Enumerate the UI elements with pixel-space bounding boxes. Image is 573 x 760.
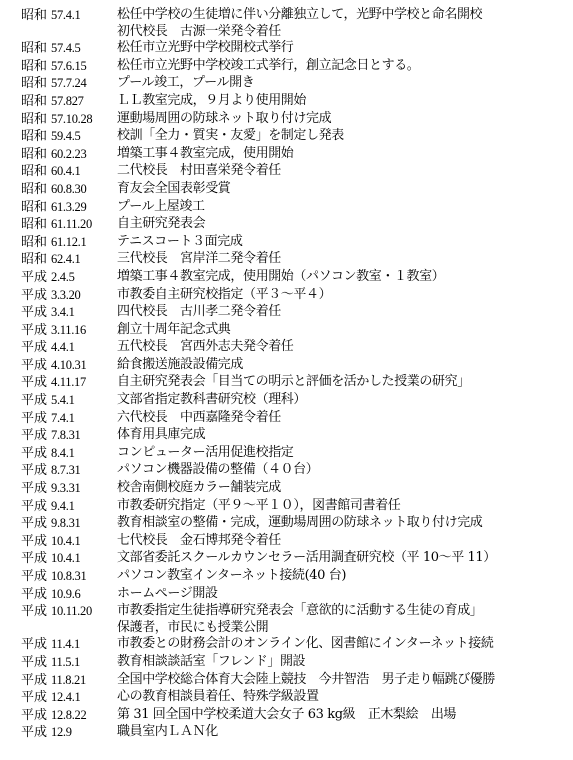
description-line: ＬＬ教室完成，９月より使用開始 <box>117 93 571 110</box>
date-value: 62.4.1 <box>51 252 80 266</box>
era-label: 昭和 <box>21 94 47 109</box>
entry-date: 昭和57.4.5 <box>21 40 117 58</box>
entry-date: 平成3.4.1 <box>21 304 117 322</box>
history-entry: 昭和60.4.1二代校長 村田喜栄発令着任 <box>21 163 571 181</box>
history-entry: 平成10.11.20市教委指定生徒指導研究発表会「意欲的に活動する生徒の育成」保… <box>21 603 571 636</box>
date-value: 4.10.31 <box>51 358 86 372</box>
date-value: 57.6.15 <box>51 59 86 73</box>
date-value: 57.4.5 <box>51 41 80 55</box>
history-entry: 平成10.8.31パソコン教室インターネット接続(40 台) <box>21 568 571 586</box>
entry-description: 自主研究発表会 <box>117 216 571 234</box>
entry-description: 四代校長 古川孝二発令着任 <box>117 304 571 322</box>
entry-description: パソコン教室インターネット接続(40 台) <box>117 568 571 586</box>
date-value: 8.4.1 <box>51 446 75 460</box>
history-entry: 平成9.8.31教育相談室の整備・完成，運動場周囲の防球ネット取り付け完成 <box>21 515 571 533</box>
date-value: 10.4.1 <box>51 551 80 565</box>
description-line: 体育用具庫完成 <box>117 427 571 444</box>
date-value: 57.827 <box>51 94 84 108</box>
description-line: 市教委研究指定（平９～平１０），図書館司書着任 <box>117 498 571 515</box>
description-line: 育友会全国表彰受賞 <box>117 181 571 198</box>
entry-date: 平成10.8.31 <box>21 568 117 586</box>
era-label: 昭和 <box>21 112 47 127</box>
entry-description: 自主研究発表会「目当ての明示と評価を活かした授業の研究」 <box>117 374 571 392</box>
history-entry: 昭和57.6.15松任市立光野中学校竣工式挙行，創立記念日とする。 <box>21 58 571 76</box>
history-entry: 平成3.11.16創立十周年記念式典 <box>21 322 571 340</box>
history-entry: 平成5.4.1文部省指定教科書研究校（理科） <box>21 392 571 410</box>
description-line: プール上屋竣工 <box>117 199 571 216</box>
description-line: 教育相談談話室「フレンド」開設 <box>117 654 571 671</box>
description-line: 松任中学校の生徒増に伴い分離独立して，光野中学校と命名開校 <box>117 7 571 24</box>
history-entry: 平成9.3.31校舎南側校庭カラー舗装完成 <box>21 480 571 498</box>
description-line: 三代校長 宮岸洋二発令着任 <box>117 251 571 268</box>
history-entry: 昭和61.12.1テニスコート３面完成 <box>21 234 571 252</box>
entry-date: 平成11.4.1 <box>21 636 117 654</box>
era-label: 平成 <box>21 534 47 549</box>
description-line: 五代校長 宮西外志夫発令着任 <box>117 339 571 356</box>
date-value: 9.3.31 <box>51 481 80 495</box>
description-line: 松任市立光野中学校開校式挙行 <box>117 40 571 57</box>
date-value: 3.3.20 <box>51 288 80 302</box>
history-entry: 平成2.4.5増築工事４教室完成，使用開始（パソコン教室・１教室） <box>21 269 571 287</box>
entry-date: 平成4.11.17 <box>21 374 117 392</box>
entry-description: 七代校長 金石博邦発令着任 <box>117 533 571 551</box>
entry-description: 校舎南側校庭カラー舗装完成 <box>117 480 571 498</box>
history-entry: 昭和61.3.29プール上屋竣工 <box>21 199 571 217</box>
entry-date: 平成2.4.5 <box>21 269 117 287</box>
history-entry: 平成10.9.6ホームページ開設 <box>21 586 571 604</box>
entry-description: 体育用具庫完成 <box>117 427 571 445</box>
history-entry: 昭和57.4.1松任中学校の生徒増に伴い分離独立して，光野中学校と命名開校初代校… <box>21 7 571 40</box>
era-label: 平成 <box>21 516 47 531</box>
entry-date: 昭和57.7.24 <box>21 75 117 93</box>
entry-date: 平成3.3.20 <box>21 287 117 305</box>
entry-description: 三代校長 宮岸洋二発令着任 <box>117 251 571 269</box>
entry-date: 平成9.4.1 <box>21 498 117 516</box>
date-value: 2.4.5 <box>51 270 75 284</box>
entry-description: 市教委指定生徒指導研究発表会「意欲的に活動する生徒の育成」保護者，市民にも授業公… <box>117 603 571 636</box>
date-value: 59.4.5 <box>51 129 80 143</box>
history-entry: 平成3.3.20市教委自主研究校指定（平３～平４） <box>21 287 571 305</box>
description-line: 全国中学校総合体育大会陸上競技 今井智浩 男子走り幅跳び優勝 <box>117 672 571 689</box>
entry-date: 昭和60.4.1 <box>21 163 117 181</box>
entry-date: 昭和62.4.1 <box>21 251 117 269</box>
history-entry: 昭和59.4.5校訓「全力・質実・友愛」を制定し発表 <box>21 128 571 146</box>
era-label: 平成 <box>21 481 47 496</box>
history-entry: 昭和57.827ＬＬ教室完成，９月より使用開始 <box>21 93 571 111</box>
entry-date: 平成10.9.6 <box>21 586 117 604</box>
entry-date: 平成11.8.21 <box>21 672 117 690</box>
description-line: 運動場周囲の防球ネット取り付け完成 <box>117 111 571 128</box>
entry-date: 平成7.8.31 <box>21 427 117 445</box>
entry-date: 平成4.4.1 <box>21 339 117 357</box>
entry-description: ホームページ開設 <box>117 586 571 604</box>
description-line: 二代校長 村田喜栄発令着任 <box>117 163 571 180</box>
entry-date: 平成9.3.31 <box>21 480 117 498</box>
entry-date: 昭和59.4.5 <box>21 128 117 146</box>
era-label: 平成 <box>21 323 47 338</box>
era-label: 昭和 <box>21 252 47 267</box>
entry-description: 六代校長 中西嘉隆発令着任 <box>117 410 571 428</box>
entry-description: 二代校長 村田喜栄発令着任 <box>117 163 571 181</box>
entry-date: 昭和57.827 <box>21 93 117 111</box>
era-label: 昭和 <box>21 41 47 56</box>
date-value: 7.8.31 <box>51 428 80 442</box>
date-value: 12.8.22 <box>51 708 86 722</box>
description-line: 職員室内ＬＡＮ化 <box>117 724 571 741</box>
date-value: 10.11.20 <box>51 604 92 618</box>
era-label: 平成 <box>21 708 47 723</box>
description-line: 初代校長 古源一栄発令着任 <box>117 24 571 41</box>
entry-description: 市教委との財務会計のオンライン化、図書館にインターネット接続 <box>117 636 571 654</box>
era-label: 昭和 <box>21 76 47 91</box>
era-label: 昭和 <box>21 129 47 144</box>
entry-description: 創立十周年記念式典 <box>117 322 571 340</box>
era-label: 平成 <box>21 637 47 652</box>
description-line: 自主研究発表会「目当ての明示と評価を活かした授業の研究」 <box>117 374 571 391</box>
history-entry: 平成4.11.17自主研究発表会「目当ての明示と評価を活かした授業の研究」 <box>21 374 571 392</box>
era-label: 平成 <box>21 411 47 426</box>
date-value: 12.4.1 <box>51 690 80 704</box>
era-label: 平成 <box>21 551 47 566</box>
date-value: 11.8.21 <box>51 673 86 687</box>
era-label: 平成 <box>21 358 47 373</box>
entry-date: 昭和61.3.29 <box>21 199 117 217</box>
history-entry: 昭和60.2.23増築工事４教室完成，使用開始 <box>21 146 571 164</box>
entry-description: 松任市立光野中学校竣工式挙行，創立記念日とする。 <box>117 58 571 76</box>
description-line: パソコン教室インターネット接続(40 台) <box>117 568 571 585</box>
description-line: 市教委指定生徒指導研究発表会「意欲的に活動する生徒の育成」 <box>117 603 571 620</box>
date-value: 12.9 <box>51 725 72 739</box>
entry-description: プール竣工，プール開き <box>117 75 571 93</box>
era-label: 平成 <box>21 725 47 740</box>
description-line: 第 31 回全国中学校柔道大会女子 63 kg級 正木梨絵 出場 <box>117 707 571 724</box>
date-value: 8.7.31 <box>51 463 80 477</box>
history-entry: 昭和57.7.24プール竣工，プール開き <box>21 75 571 93</box>
entry-description: プール上屋竣工 <box>117 199 571 217</box>
date-value: 61.3.29 <box>51 200 86 214</box>
entry-description: 文部省指定教科書研究校（理科） <box>117 392 571 410</box>
date-value: 57.7.24 <box>51 76 86 90</box>
entry-description: 運動場周囲の防球ネット取り付け完成 <box>117 111 571 129</box>
description-line: ホームページ開設 <box>117 586 571 603</box>
date-value: 5.4.1 <box>51 393 75 407</box>
entry-date: 平成8.7.31 <box>21 462 117 480</box>
entry-date: 昭和57.4.1 <box>21 7 117 40</box>
date-value: 10.8.31 <box>51 569 86 583</box>
entry-date: 平成10.11.20 <box>21 603 117 636</box>
entry-description: 教育相談談話室「フレンド」開設 <box>117 654 571 672</box>
era-label: 平成 <box>21 569 47 584</box>
history-entry: 平成10.4.1文部省委託スクールカウンセラー活用調査研究校（平 10～平 11… <box>21 550 571 568</box>
era-label: 平成 <box>21 655 47 670</box>
school-history-list: 昭和57.4.1松任中学校の生徒増に伴い分離独立して，光野中学校と命名開校初代校… <box>21 7 571 742</box>
description-line: プール竣工，プール開き <box>117 75 571 92</box>
history-entry: 昭和57.10.28運動場周囲の防球ネット取り付け完成 <box>21 111 571 129</box>
date-value: 10.9.6 <box>51 587 80 601</box>
era-label: 平成 <box>21 587 47 602</box>
entry-description: 松任中学校の生徒増に伴い分離独立して，光野中学校と命名開校初代校長 古源一栄発令… <box>117 7 571 40</box>
era-label: 平成 <box>21 270 47 285</box>
description-line: 教育相談室の整備・完成，運動場周囲の防球ネット取り付け完成 <box>117 515 571 532</box>
history-entry: 平成4.10.31給食搬送施設設備完成 <box>21 357 571 375</box>
history-entry: 昭和62.4.1三代校長 宮岸洋二発令着任 <box>21 251 571 269</box>
entry-description: テニスコート３面完成 <box>117 234 571 252</box>
description-line: 六代校長 中西嘉隆発令着任 <box>117 410 571 427</box>
era-label: 平成 <box>21 288 47 303</box>
entry-date: 昭和60.2.23 <box>21 146 117 164</box>
history-entry: 昭和60.8.30育友会全国表彰受賞 <box>21 181 571 199</box>
date-value: 11.4.1 <box>51 637 80 651</box>
era-label: 昭和 <box>21 235 47 250</box>
history-entry: 平成8.7.31パソコン機器設備の整備（４０台） <box>21 462 571 480</box>
description-line: 文部省委託スクールカウンセラー活用調査研究校（平 10～平 11） <box>117 550 571 567</box>
entry-description: 松任市立光野中学校開校式挙行 <box>117 40 571 58</box>
era-label: 昭和 <box>21 164 47 179</box>
description-line: 市教委自主研究校指定（平３～平４） <box>117 287 571 304</box>
entry-description: ＬＬ教室完成，９月より使用開始 <box>117 93 571 111</box>
entry-date: 平成4.10.31 <box>21 357 117 375</box>
entry-date: 平成8.4.1 <box>21 445 117 463</box>
history-entry: 平成7.8.31体育用具庫完成 <box>21 427 571 445</box>
description-line: コンピューター活用促進校指定 <box>117 445 571 462</box>
entry-date: 昭和61.11.20 <box>21 216 117 234</box>
date-value: 60.4.1 <box>51 164 80 178</box>
entry-date: 平成3.11.16 <box>21 322 117 340</box>
era-label: 平成 <box>21 393 47 408</box>
description-line: 市教委との財務会計のオンライン化、図書館にインターネット接続 <box>117 636 571 653</box>
entry-date: 平成12.9 <box>21 724 117 742</box>
history-entry: 平成9.4.1市教委研究指定（平９～平１０），図書館司書着任 <box>21 498 571 516</box>
date-value: 60.8.30 <box>51 182 86 196</box>
date-value: 57.4.1 <box>51 8 80 22</box>
entry-description: コンピューター活用促進校指定 <box>117 445 571 463</box>
entry-description: 全国中学校総合体育大会陸上競技 今井智浩 男子走り幅跳び優勝 <box>117 672 571 690</box>
history-entry: 平成3.4.1四代校長 古川孝二発令着任 <box>21 304 571 322</box>
description-line: 保護者，市民にも授業公開 <box>117 620 571 637</box>
entry-description: 育友会全国表彰受賞 <box>117 181 571 199</box>
history-entry: 平成11.5.1教育相談談話室「フレンド」開設 <box>21 654 571 672</box>
description-line: 校訓「全力・質実・友愛」を制定し発表 <box>117 128 571 145</box>
date-value: 4.11.17 <box>51 375 86 389</box>
history-entry: 平成7.4.1六代校長 中西嘉隆発令着任 <box>21 410 571 428</box>
description-line: 松任市立光野中学校竣工式挙行，創立記念日とする。 <box>117 58 571 75</box>
description-line: 創立十周年記念式典 <box>117 322 571 339</box>
history-entry: 平成12.9職員室内ＬＡＮ化 <box>21 724 571 742</box>
date-value: 61.12.1 <box>51 235 86 249</box>
entry-date: 昭和61.12.1 <box>21 234 117 252</box>
era-label: 平成 <box>21 428 47 443</box>
entry-date: 平成10.4.1 <box>21 550 117 568</box>
date-value: 57.10.28 <box>51 112 92 126</box>
description-line: 増築工事４教室完成，使用開始 <box>117 146 571 163</box>
entry-description: 給食搬送施設設備完成 <box>117 357 571 375</box>
era-label: 平成 <box>21 463 47 478</box>
entry-date: 平成5.4.1 <box>21 392 117 410</box>
entry-description: 職員室内ＬＡＮ化 <box>117 724 571 742</box>
description-line: 増築工事４教室完成，使用開始（パソコン教室・１教室） <box>117 269 571 286</box>
description-line: 給食搬送施設設備完成 <box>117 357 571 374</box>
entry-date: 平成7.4.1 <box>21 410 117 428</box>
entry-description: パソコン機器設備の整備（４０台） <box>117 462 571 480</box>
entry-date: 平成12.4.1 <box>21 689 117 707</box>
entry-description: 五代校長 宮西外志夫発令着任 <box>117 339 571 357</box>
description-line: 自主研究発表会 <box>117 216 571 233</box>
entry-description: 第 31 回全国中学校柔道大会女子 63 kg級 正木梨絵 出場 <box>117 707 571 725</box>
era-label: 平成 <box>21 604 47 619</box>
entry-date: 平成11.5.1 <box>21 654 117 672</box>
history-entry: 平成8.4.1コンピューター活用促進校指定 <box>21 445 571 463</box>
description-line: パソコン機器設備の整備（４０台） <box>117 462 571 479</box>
era-label: 昭和 <box>21 182 47 197</box>
date-value: 11.5.1 <box>51 655 80 669</box>
date-value: 4.4.1 <box>51 340 75 354</box>
entry-date: 平成10.4.1 <box>21 533 117 551</box>
era-label: 昭和 <box>21 8 47 23</box>
era-label: 昭和 <box>21 217 47 232</box>
entry-description: 増築工事４教室完成，使用開始 <box>117 146 571 164</box>
description-line: 文部省指定教科書研究校（理科） <box>117 392 571 409</box>
era-label: 平成 <box>21 340 47 355</box>
entry-description: 教育相談室の整備・完成，運動場周囲の防球ネット取り付け完成 <box>117 515 571 533</box>
entry-date: 昭和57.10.28 <box>21 111 117 129</box>
date-value: 9.4.1 <box>51 499 75 513</box>
history-entry: 昭和57.4.5松任市立光野中学校開校式挙行 <box>21 40 571 58</box>
era-label: 昭和 <box>21 200 47 215</box>
description-line: 七代校長 金石博邦発令着任 <box>117 533 571 550</box>
era-label: 平成 <box>21 673 47 688</box>
entry-description: 市教委自主研究校指定（平３～平４） <box>117 287 571 305</box>
description-line: テニスコート３面完成 <box>117 234 571 251</box>
entry-date: 昭和57.6.15 <box>21 58 117 76</box>
era-label: 平成 <box>21 690 47 705</box>
description-line: 校舎南側校庭カラー舗装完成 <box>117 480 571 497</box>
date-value: 3.11.16 <box>51 323 86 337</box>
history-entry: 平成4.4.1五代校長 宮西外志夫発令着任 <box>21 339 571 357</box>
history-entry: 平成12.4.1心の教育相談員着任、特殊学級設置 <box>21 689 571 707</box>
entry-date: 平成12.8.22 <box>21 707 117 725</box>
history-entry: 平成10.4.1七代校長 金石博邦発令着任 <box>21 533 571 551</box>
entry-description: 校訓「全力・質実・友愛」を制定し発表 <box>117 128 571 146</box>
era-label: 昭和 <box>21 59 47 74</box>
entry-date: 平成9.8.31 <box>21 515 117 533</box>
entry-description: 文部省委託スクールカウンセラー活用調査研究校（平 10～平 11） <box>117 550 571 568</box>
era-label: 平成 <box>21 446 47 461</box>
history-entry: 平成11.4.1市教委との財務会計のオンライン化、図書館にインターネット接続 <box>21 636 571 654</box>
entry-date: 昭和60.8.30 <box>21 181 117 199</box>
era-label: 昭和 <box>21 147 47 162</box>
entry-description: 増築工事４教室完成，使用開始（パソコン教室・１教室） <box>117 269 571 287</box>
description-line: 四代校長 古川孝二発令着任 <box>117 304 571 321</box>
era-label: 平成 <box>21 305 47 320</box>
date-value: 60.2.23 <box>51 147 86 161</box>
history-entry: 平成12.8.22第 31 回全国中学校柔道大会女子 63 kg級 正木梨絵 出… <box>21 707 571 725</box>
history-entry: 昭和61.11.20自主研究発表会 <box>21 216 571 234</box>
era-label: 平成 <box>21 499 47 514</box>
history-entry: 平成11.8.21全国中学校総合体育大会陸上競技 今井智浩 男子走り幅跳び優勝 <box>21 672 571 690</box>
era-label: 平成 <box>21 375 47 390</box>
entry-description: 市教委研究指定（平９～平１０），図書館司書着任 <box>117 498 571 516</box>
date-value: 9.8.31 <box>51 516 80 530</box>
date-value: 3.4.1 <box>51 305 75 319</box>
date-value: 10.4.1 <box>51 534 80 548</box>
date-value: 7.4.1 <box>51 411 75 425</box>
date-value: 61.11.20 <box>51 217 92 231</box>
entry-description: 心の教育相談員着任、特殊学級設置 <box>117 689 571 707</box>
description-line: 心の教育相談員着任、特殊学級設置 <box>117 689 571 706</box>
